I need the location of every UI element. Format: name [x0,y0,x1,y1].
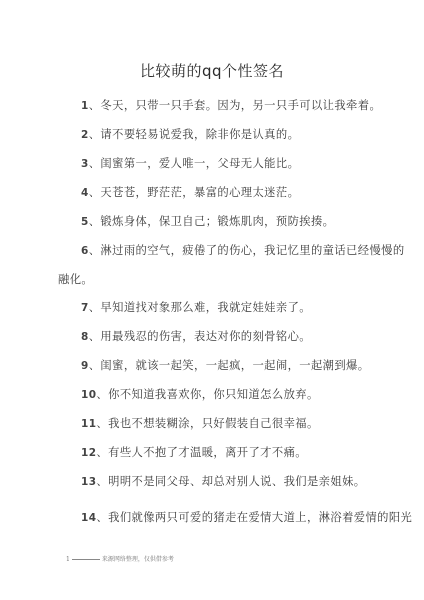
item-text: 淋过雨的空气，疲倦了的伤心，我记忆里的童话已经慢慢的 [100,244,404,257]
item-number: 5 [81,216,89,228]
item-number: 9 [81,360,89,372]
item-number: 6 [81,245,89,257]
item-text: 天苍苍，野茫茫，暴富的心理太迷茫。 [100,186,299,199]
item-number: 12 [81,447,96,459]
item-number: 2 [81,129,89,141]
signature-item-6: 6、淋过雨的空气，疲倦了的伤心，我记忆里的童话已经慢慢的 [81,242,405,258]
document-page: 比较萌的qq个性签名 1、冬天，只带一只手套。因为，另一只手可以让我牵着。 2、… [0,0,424,600]
item-text: 明明不是同父母、却总对别人说、我们是亲姐妹。 [108,475,365,488]
item-number: 13 [81,476,96,488]
item-number: 10 [81,389,96,401]
footer-note: 来源网络整理，仅供借参考 [102,556,174,563]
item-number: 3 [81,158,89,170]
signature-item-9: 9、闺蜜，就该一起笑，一起疯，一起闹，一起潮到爆。 [81,357,369,373]
page-footer: 1来源网络整理，仅供借参考 [66,554,174,563]
item-separator: 、 [89,301,101,314]
item-text: 闺蜜，就该一起笑，一起疯，一起闹，一起潮到爆。 [100,359,369,372]
document-title: 比较萌的qq个性签名 [0,60,424,81]
item-separator: 、 [89,330,101,343]
item-number: 11 [81,418,96,430]
signature-item-13: 13、明明不是同父母、却总对别人说、我们是亲姐妹。 [81,473,365,489]
signature-item-6-continuation: 融化。 [58,271,93,287]
signature-item-7: 7、早知道找对象那么难，我就定娃娃亲了。 [81,299,311,315]
page-number: 1 [66,556,70,563]
item-text: 锻炼身体，保卫自己；锻炼肌肉，预防挨揍。 [100,215,334,228]
item-separator: 、 [96,511,108,524]
item-separator: 、 [89,359,101,372]
item-text: 我也不想装糊涂，只好假装自己很幸福。 [108,417,319,430]
item-separator: 、 [96,417,108,430]
item-separator: 、 [89,244,101,257]
item-text: 冬天，只带一只手套。因为，另一只手可以让我牵着。 [100,99,381,112]
signature-item-12: 12、有些人不抱了才温暖，离开了才不痛。 [81,444,307,460]
item-number: 4 [81,187,89,199]
item-text: 用最残忍的伤害，表达对你的刻骨铭心。 [100,330,311,343]
signature-item-11: 11、我也不想装糊涂，只好假装自己很幸福。 [81,415,319,431]
signature-item-10: 10、你不知道我喜欢你，你只知道怎么放弃。 [81,386,319,402]
signature-item-2: 2、请不要轻易说爱我，除非你是认真的。 [81,126,299,142]
signature-item-4: 4、天苍苍，野茫茫，暴富的心理太迷茫。 [81,184,299,200]
item-number: 8 [81,331,89,343]
signature-item-3: 3、闺蜜第一，爱人唯一，父母无人能比。 [81,155,299,171]
item-separator: 、 [89,99,101,112]
item-text: 早知道找对象那么难，我就定娃娃亲了。 [100,301,311,314]
item-separator: 、 [89,215,101,228]
footer-dash-line [72,559,100,560]
item-text: 你不知道我喜欢你，你只知道怎么放弃。 [108,388,319,401]
item-text: 闺蜜第一，爱人唯一，父母无人能比。 [100,157,299,170]
item-separator: 、 [89,186,101,199]
item-separator: 、 [96,388,108,401]
item-text: 有些人不抱了才温暖，离开了才不痛。 [108,446,307,459]
signature-item-1: 1、冬天，只带一只手套。因为，另一只手可以让我牵着。 [81,97,381,113]
item-separator: 、 [89,157,101,170]
item-text: 我们就像两只可爱的猪走在爱情大道上，淋浴着爱情的阳光 [108,511,412,524]
item-number: 14 [81,512,96,524]
item-number: 1 [81,100,89,112]
signature-item-8: 8、用最残忍的伤害，表达对你的刻骨铭心。 [81,328,311,344]
item-number: 7 [81,302,89,314]
signature-item-5: 5、锻炼身体，保卫自己；锻炼肌肉，预防挨揍。 [81,213,334,229]
item-separator: 、 [89,128,101,141]
item-text: 请不要轻易说爱我，除非你是认真的。 [100,128,299,141]
item-separator: 、 [96,446,108,459]
item-separator: 、 [96,475,108,488]
signature-item-14: 14、我们就像两只可爱的猪走在爱情大道上，淋浴着爱情的阳光 [81,509,412,525]
